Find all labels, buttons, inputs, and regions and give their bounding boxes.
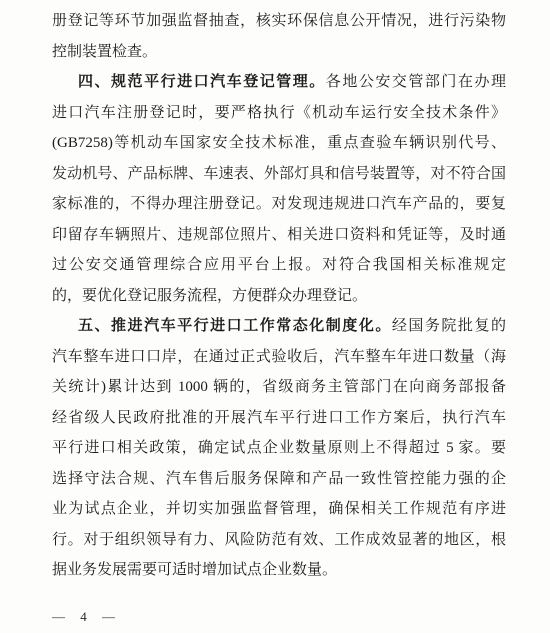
- text-line: 行。对于组织领导有力、风险防范有效、工作成效显著的地区，根: [52, 525, 506, 556]
- text-segment: 据业务发展需要可适时增加试点企业数量。: [52, 562, 337, 578]
- text-segment: (GB7258)等机动车国家安全技术标准，重点查验车辆识别代号、: [52, 135, 506, 151]
- text-line: 业为试点企业，并切实加强监督管理，确保相关工作规范有序进: [52, 494, 506, 525]
- text-segment: 业为试点企业，并切实加强监督管理，确保相关工作规范有序进: [52, 501, 506, 517]
- text-line: (GB7258)等机动车国家安全技术标准，重点查验车辆识别代号、: [52, 128, 506, 159]
- text-segment: 行。对于组织领导有力、风险防范有效、工作成效显著的地区，根: [52, 532, 506, 548]
- text-segment: 进口汽车注册登记时，要严格执行《机动车运行安全技术条件》: [52, 105, 506, 121]
- text-line: 经省级人民政府批准的开展汽车平行进口工作方案后，执行汽车: [52, 403, 506, 434]
- text-segment: 汽车整车进口口岸，在通过正式验收后，汽车整车年进口数量（海: [52, 349, 506, 365]
- text-line: 控制装置检查。: [52, 37, 506, 68]
- page-number-footer: — 4 —: [52, 608, 121, 626]
- text-segment: 过公安交通管理综合应用平台上报。对符合我国相关标准规定: [52, 257, 506, 273]
- text-line: 的，要优化登记服务流程，方便群众办理登记。: [52, 281, 506, 312]
- section-heading-segment: 四、规范平行进口汽车登记管理。: [78, 73, 326, 90]
- text-line: 平行进口相关政策，确定试点企业数量原则上不得超过 5 家。要: [52, 433, 506, 464]
- text-segment: 关统计)累计达到 1000 辆的，省级商务主管部门在向商务部报备: [52, 379, 506, 395]
- text-line: 四、规范平行进口汽车登记管理。各地公安交管部门在办理: [52, 67, 506, 98]
- text-segment: 家标准的，不得办理注册登记。对发现违规进口汽车产品的，要复: [52, 196, 506, 212]
- text-segment: 发动机号、产品标牌、车速表、外部灯具和信号装置等，对不符合国: [52, 166, 506, 182]
- text-line: 印留存车辆照片、违规部位照片、相关进口资料和凭证等，及时通: [52, 220, 506, 251]
- text-segment: 册登记等环节加强监督抽查，核实环保信息公开情况，进行污染物: [52, 13, 506, 29]
- text-block: 册登记等环节加强监督抽查，核实环保信息公开情况，进行污染物控制装置检查。四、规范…: [52, 6, 506, 586]
- text-line: 进口汽车注册登记时，要严格执行《机动车运行安全技术条件》: [52, 98, 506, 129]
- text-segment: 经省级人民政府批准的开展汽车平行进口工作方案后，执行汽车: [52, 410, 506, 426]
- text-line: 关统计)累计达到 1000 辆的，省级商务主管部门在向商务部报备: [52, 372, 506, 403]
- text-segment: 平行进口相关政策，确定试点企业数量原则上不得超过 5 家。要: [52, 440, 506, 456]
- document-page: 册登记等环节加强监督抽查，核实环保信息公开情况，进行污染物控制装置检查。四、规范…: [0, 0, 550, 633]
- text-line: 册登记等环节加强监督抽查，核实环保信息公开情况，进行污染物: [52, 6, 506, 37]
- text-line: 汽车整车进口口岸，在通过正式验收后，汽车整车年进口数量（海: [52, 342, 506, 373]
- text-segment: 经国务院批复的: [392, 318, 506, 334]
- text-segment: 的，要优化登记服务流程，方便群众办理登记。: [52, 288, 367, 304]
- text-line: 据业务发展需要可适时增加试点企业数量。: [52, 555, 506, 586]
- text-line: 五、推进汽车平行进口工作常态化制度化。经国务院批复的: [52, 311, 506, 342]
- text-line: 选择守法合规、汽车售后服务保障和产品一致性管控能力强的企: [52, 464, 506, 495]
- text-segment: 印留存车辆照片、违规部位照片、相关进口资料和凭证等，及时通: [52, 227, 506, 243]
- text-segment: 选择守法合规、汽车售后服务保障和产品一致性管控能力强的企: [52, 471, 506, 487]
- text-segment: 控制装置检查。: [52, 44, 157, 60]
- text-line: 发动机号、产品标牌、车速表、外部灯具和信号装置等，对不符合国: [52, 159, 506, 190]
- text-line: 过公安交通管理综合应用平台上报。对符合我国相关标准规定: [52, 250, 506, 281]
- text-line: 家标准的，不得办理注册登记。对发现违规进口汽车产品的，要复: [52, 189, 506, 220]
- text-segment: 各地公安交管部门在办理: [326, 74, 506, 90]
- section-heading-segment: 五、推进汽车平行进口工作常态化制度化。: [78, 317, 392, 334]
